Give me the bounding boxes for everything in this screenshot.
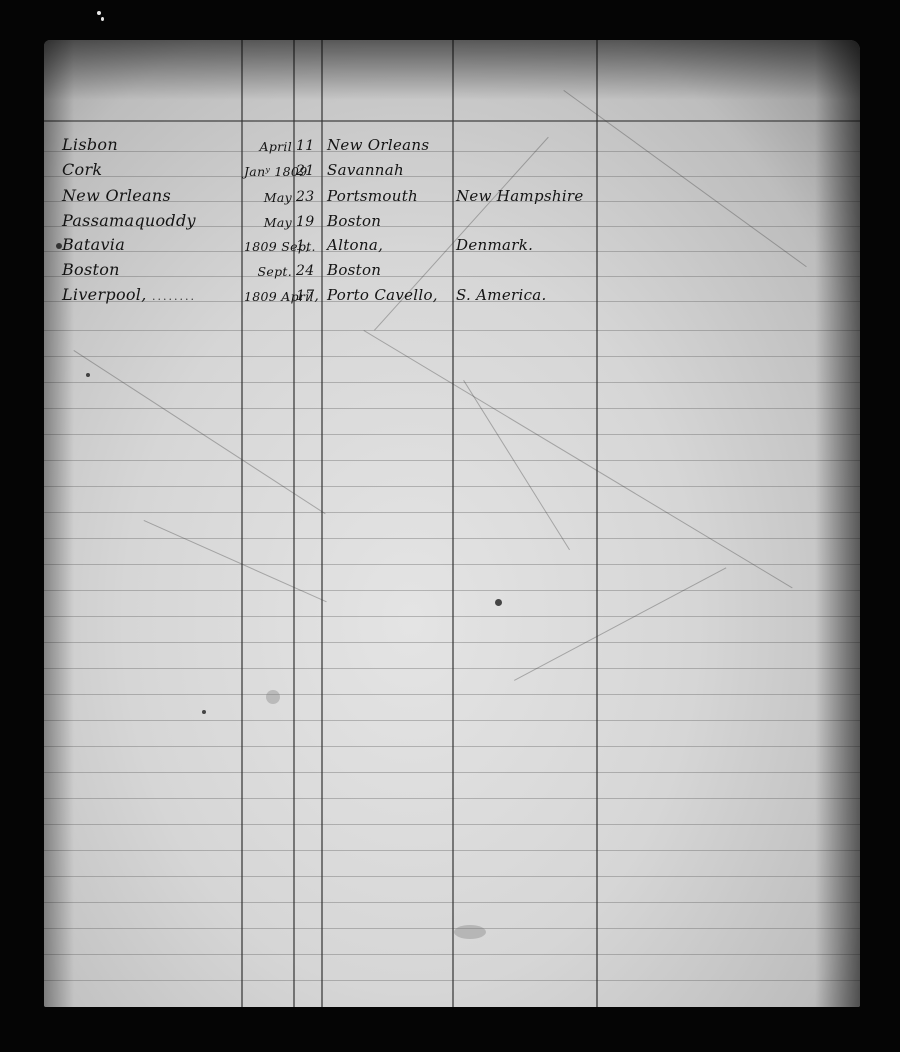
entry-month: Janʸ 1809 [244,164,292,179]
ledger-row: Batavia 1809 Sept. 1, Altona, Denmark. [44,232,860,256]
entry-day: 23 [296,189,320,205]
ledger-row: Passamaquoddy May 19 Boston [44,208,860,232]
ink-spot [495,599,502,606]
destination-port: Portsmouth [327,187,418,205]
departure-port: New Orleans [62,186,171,205]
scratch-mark [73,350,325,514]
departure-port-text: Liverpool, [62,285,147,304]
film-speck [101,17,104,21]
stain [454,925,486,939]
departure-port: Liverpool, ........ [62,285,196,304]
entry-day: 11 [296,138,320,154]
ink-spot [86,373,90,377]
entry-month: 1809 April [244,289,292,304]
stain [266,690,280,704]
destination-region: New Hampshire [456,187,584,205]
entry-month: May [244,190,292,205]
entry-day: 24 [296,263,320,279]
ledger-row: Boston Sept. 24 Boston [44,257,860,281]
destination-region: Denmark. [456,236,533,254]
scratch-mark [514,567,726,681]
destination-port: Porto Cavello, [327,286,438,304]
ink-spot [202,710,206,714]
scratch-mark [463,380,570,550]
entry-day: 21 [296,163,320,179]
destination-port: Altona, [327,236,383,254]
entry-day: 17, [296,288,320,304]
destination-port: Savannah [327,161,404,179]
destination-port: New Orleans [327,136,429,154]
ledger-row: New Orleans May 23 Portsmouth New Hampsh… [44,183,860,207]
entry-month: 1809 Sept. [244,239,292,254]
ledger-page: Lisbon April 11 New Orleans Cork Janʸ 18… [44,40,860,1007]
entry-month: May [244,215,292,230]
departure-port: Passamaquoddy [62,211,196,230]
ledger-row: Liverpool, ........ 1809 April 17, Porto… [44,282,860,306]
entry-day: 19 [296,214,320,230]
entry-month: Sept. [244,264,292,279]
destination-port: Boston [327,212,381,230]
entry-month: April [244,139,292,154]
entry-day: 1, [296,238,320,254]
leader-dots: ........ [152,290,196,303]
ledger-row: Lisbon April 11 New Orleans [44,132,860,156]
ledger-row: Cork Janʸ 1809 21 Savannah [44,157,860,181]
destination-region: S. America. [456,286,547,304]
film-speck [97,11,101,15]
departure-port: Lisbon [62,135,118,154]
destination-port: Boston [327,261,381,279]
departure-port: Boston [62,260,120,279]
departure-port: Batavia [62,235,125,254]
departure-port: Cork [62,160,102,179]
